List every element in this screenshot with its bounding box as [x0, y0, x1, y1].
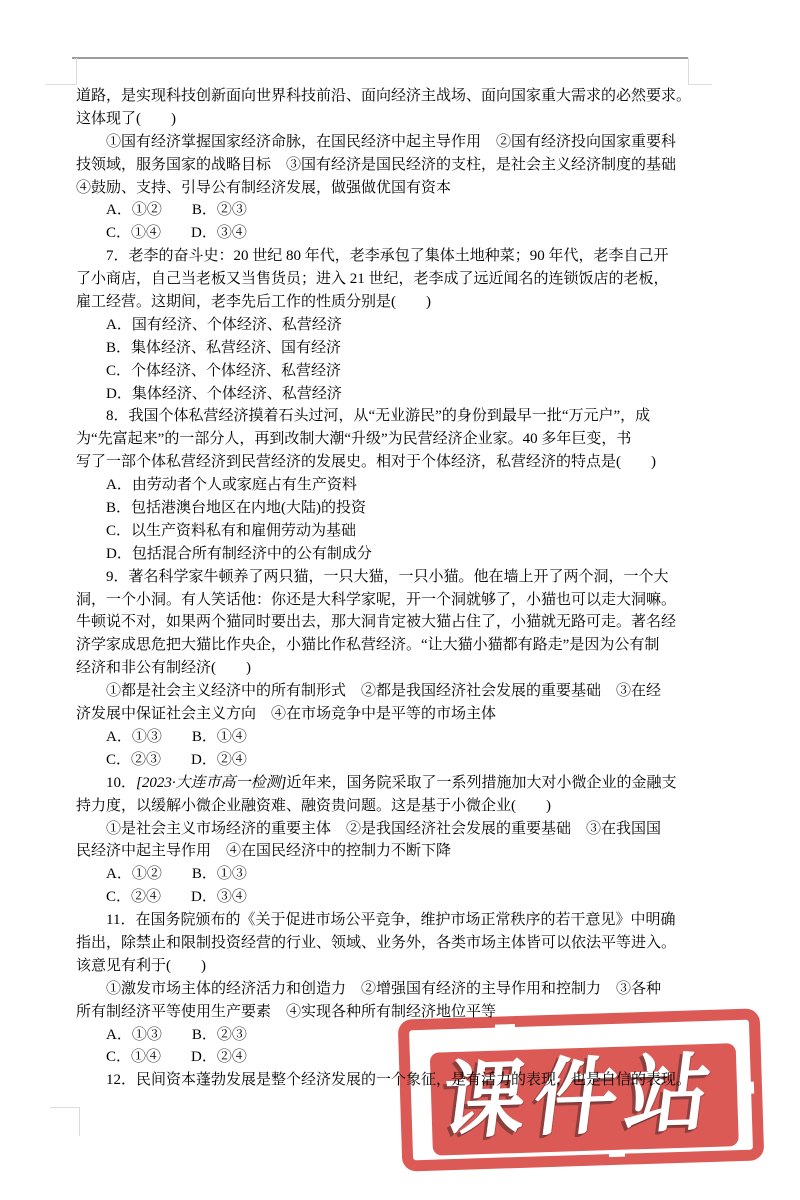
text-line: ④鼓励、支持、引导公有制经济发展，做强做优国有资本 — [76, 177, 698, 200]
text-line: 为“先富起来”的一部分人，再到改制大潮“升级”为民营经济企业家。40 多年巨变，… — [76, 428, 698, 451]
text-line: B．集体经济、私营经济、国有经济 — [76, 337, 698, 360]
text-line: 济发展中保证社会主义方向 ④在市场竞争中是平等的市场主体 — [76, 703, 698, 726]
text-line: 该意见有利于( ) — [76, 955, 698, 978]
text-line: 持力度，以缓解小微企业融资难、融资贵问题。这是基于小微企业( ) — [76, 795, 698, 818]
text-run: 近年来，国务院采取了一系列措施加大对小微企业的金融支 — [286, 775, 676, 791]
text-line: 经济和非公有制经济( ) — [76, 657, 698, 680]
text-line: 道路，是实现科技创新面向世界科技前沿、面向经济主战场、面向国家重大需求的必然要求… — [76, 85, 698, 108]
text-line: ①国有经济掌握国家经济命脉，在国民经济中起主导作用 ②国有经济投向国家重要科 — [76, 131, 698, 154]
text-line: D．包括混合所有制经济中的公有制成分 — [76, 543, 698, 566]
text-line: 这体现了( ) — [76, 108, 698, 131]
text-run-italic: [2023·大连市高一检测] — [136, 775, 286, 791]
stamp-text: 课件站 — [390, 1008, 771, 1172]
text-line: 7．老李的奋斗史：20 世纪 80 年代，老李承包了集体土地种菜；90 年代，老… — [76, 245, 698, 268]
text-line: C．个体经济、个体经济、私营经济 — [76, 360, 698, 383]
stamp: 课件站 — [398, 1008, 765, 1171]
text-line: A．①③ B．①④ — [76, 726, 698, 749]
text-line: C．②③ D．②④ — [76, 749, 698, 772]
margin-mark-bottom-left-v — [79, 1107, 80, 1136]
text-lines: 道路，是实现科技创新面向世界科技前沿、面向经济主战场、面向国家重大需求的必然要求… — [76, 85, 698, 1092]
text-line: 指出，除禁止和限制投资经营的行业、领域、业务外，各类市场主体皆可以依法平等进入。 — [76, 932, 698, 955]
margin-mark-bottom-left-h — [50, 1107, 80, 1108]
text-line: 了小商店，自己当老板又当售货员；进入 21 世纪，老李成了远近闻名的连锁饭店的老… — [76, 268, 698, 291]
text-line: C．以生产资料私有和雇佣劳动为基础 — [76, 520, 698, 543]
page-top-rule — [72, 57, 688, 59]
text-line: 写了一部个体私营经济到民营经济的发展史。相对于个体经济，私营经济的特点是( ) — [76, 451, 698, 474]
text-line: 洞，一个小洞。有人笑话他：你还是大科学家呢，开一个洞就够了，小猫也可以走大洞嘛。 — [76, 589, 698, 612]
text-line: 技领域，服务国家的战略目标 ③国有经济是国民经济的支柱，是社会主义经济制度的基础 — [76, 154, 698, 177]
text-line: A．①② B．②③ — [76, 199, 698, 222]
text-line: 济学家成思危把大猫比作央企，小猫比作私营经济。“让大猫小猫都有路走”是因为公有制 — [76, 634, 698, 657]
text-line: 牛顿说不对，如果两个猫同时要出去，那大洞肯定被大猫占住了，小猫就无路可走。著名经 — [76, 611, 698, 634]
text-line: D．集体经济、个体经济、私营经济 — [76, 383, 698, 406]
text-line: ①都是社会主义经济中的所有制形式 ②都是我国经济社会发展的重要基础 ③在经 — [76, 680, 698, 703]
text-line: A．由劳动者个人或家庭占有生产资料 — [76, 474, 698, 497]
text-line: 10．[2023·大连市高一检测]近年来，国务院采取了一系列措施加大对小微企业的… — [76, 772, 698, 795]
text-line: A．国有经济、个体经济、私营经济 — [76, 314, 698, 337]
margin-mark-top-right-v — [688, 58, 689, 85]
text-run: 10． — [76, 775, 136, 791]
text-line: ①激发市场主体的经济活力和创造力 ②增强国有经济的主导作用和控制力 ③各种 — [76, 978, 698, 1001]
document-page: { "page": { "background": "#ffffff", "te… — [0, 0, 800, 1200]
margin-mark-top-left-v — [76, 58, 77, 85]
text-line: B．包括港澳台地区在内地(大陆)的投资 — [76, 497, 698, 520]
text-line: 民经济中起主导作用 ④在国民经济中的控制力不断下降 — [76, 840, 698, 863]
text-line: C．①④ D．③④ — [76, 222, 698, 245]
text-line: C．②④ D．③④ — [76, 886, 698, 909]
margin-mark-top-left-h — [46, 84, 77, 85]
text-line: 雇工经营。这期间，老李先后工作的性质分别是( ) — [76, 291, 698, 314]
text-line: 11．在国务院颁布的《关于促进市场公平竞争，维护市场正常秩序的若干意见》中明确 — [76, 909, 698, 932]
text-line: A．①② B．①③ — [76, 863, 698, 886]
text-line: ①是社会主义市场经济的重要主体 ②是我国经济社会发展的重要基础 ③在我国国 — [76, 818, 698, 841]
text-line: 8．我国个体私营经济摸着石头过河，从“无业游民”的身份到最早一批“万元户”，成 — [76, 405, 698, 428]
text-line: 9．著名科学家牛顿养了两只猫，一只大猫，一只小猫。他在墙上开了两个洞，一个大 — [76, 566, 698, 589]
